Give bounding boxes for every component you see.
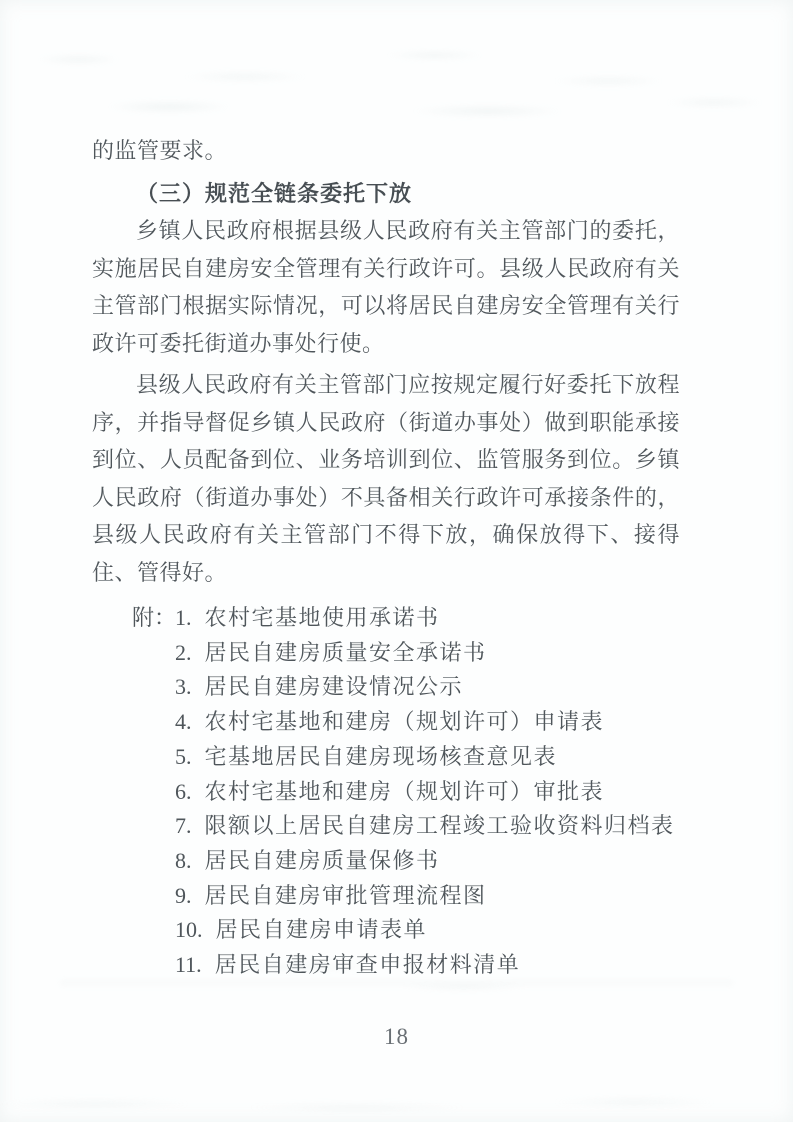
attachment-item: 7.限额以上居民自建房工程竣工验收资料归档表 <box>175 809 680 844</box>
attachment-item-title: 居民自建房建设情况公示 <box>205 674 464 699</box>
attachment-item: 附：1.农村宅基地使用承诺书 <box>175 601 680 636</box>
attachment-item-number: 6. <box>175 775 192 810</box>
attachment-item-title: 居民自建房质量安全承诺书 <box>205 640 487 665</box>
attachment-item-number: 5. <box>175 740 192 775</box>
attachment-item-title: 农村宅基地和建房（规划许可）审批表 <box>205 779 605 804</box>
attachment-item-title: 农村宅基地使用承诺书 <box>205 605 440 630</box>
attachment-item-number: 1. <box>175 601 192 636</box>
paragraph: 乡镇人民政府根据县级人民政府有关主管部门的委托，实施居民自建房安全管理有关行政许… <box>92 212 680 362</box>
attachment-item: 11.居民自建房审查申报材料清单 <box>175 948 680 983</box>
attachment-item-title: 居民自建房审查申报材料清单 <box>215 952 521 977</box>
scan-bleed-artifact-top <box>18 38 775 124</box>
attachment-item: 5.宅基地居民自建房现场核查意见表 <box>175 740 680 775</box>
attachment-item-title: 宅基地居民自建房现场核查意见表 <box>205 744 558 769</box>
attachment-item-number: 7. <box>175 809 192 844</box>
attachment-item: 10.居民自建房申请表单 <box>175 913 680 948</box>
attachment-item-number: 4. <box>175 705 192 740</box>
attachment-item: 2.居民自建房质量安全承诺书 <box>175 636 680 671</box>
attachment-item-number: 9. <box>175 879 192 914</box>
attachment-item: 9.居民自建房审批管理流程图 <box>175 879 680 914</box>
attachment-item: 8.居民自建房质量保修书 <box>175 844 680 879</box>
document-body: 的监管要求。 （三）规范全链条委托下放 乡镇人民政府根据县级人民政府有关主管部门… <box>92 132 680 983</box>
attachment-item-title: 农村宅基地和建房（规划许可）申请表 <box>205 709 605 734</box>
attachment-item-title: 居民自建房申请表单 <box>216 917 428 942</box>
attachment-item-number: 11. <box>175 948 202 983</box>
attachment-item-title: 居民自建房审批管理流程图 <box>205 883 487 908</box>
attachment-list: 附：1.农村宅基地使用承诺书 2.居民自建房质量安全承诺书 3.居民自建房建设情… <box>175 601 680 983</box>
attachment-item-title: 居民自建房质量保修书 <box>205 848 440 873</box>
attachment-item-number: 3. <box>175 670 192 705</box>
scan-bleed-artifact-bottom <box>0 1086 793 1122</box>
attachment-item: 6.农村宅基地和建房（规划许可）审批表 <box>175 775 680 810</box>
paragraph-continuation: 的监管要求。 <box>92 132 680 170</box>
attachment-item: 3.居民自建房建设情况公示 <box>175 670 680 705</box>
attachment-item-number: 10. <box>175 913 203 948</box>
attachment-item: 4.农村宅基地和建房（规划许可）申请表 <box>175 705 680 740</box>
attachment-item-number: 2. <box>175 636 192 671</box>
section-heading: （三）规范全链条委托下放 <box>92 175 680 213</box>
page-number: 18 <box>0 1024 793 1050</box>
attachment-item-title: 限额以上居民自建房工程竣工验收资料归档表 <box>205 813 675 838</box>
paragraph: 县级人民政府有关主管部门应按规定履行好委托下放程序，并指导督促乡镇人民政府（街道… <box>92 366 680 591</box>
attachment-item-number: 8. <box>175 844 192 879</box>
attachment-list-label: 附： <box>132 601 176 636</box>
document-page: 的监管要求。 （三）规范全链条委托下放 乡镇人民政府根据县级人民政府有关主管部门… <box>0 0 793 1122</box>
